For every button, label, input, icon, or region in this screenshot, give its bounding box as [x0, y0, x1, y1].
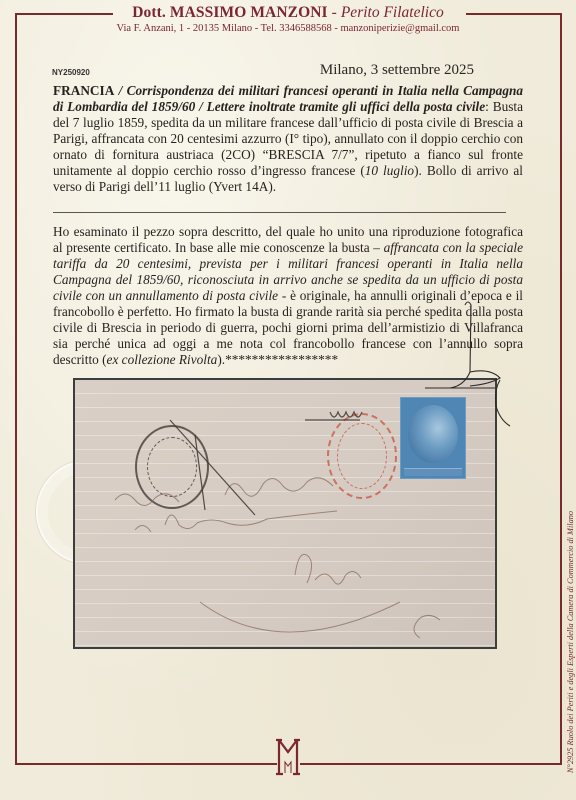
opinion-paragraph: Ho esaminato il pezzo sopra descritto, d… — [53, 224, 523, 368]
entry-date: 10 luglio — [365, 163, 414, 178]
colon: : — [485, 99, 493, 114]
slash: / — [195, 99, 206, 114]
registry-number: N°2925 Ruolo dei Periti e degli Esperti … — [566, 511, 575, 773]
cover-photo — [73, 378, 497, 649]
expert-name: Dott. MASSIMO MANZONI — [132, 4, 327, 21]
handwritten-address — [75, 380, 495, 647]
letterhead-address: Via F. Anzani, 1 - 20135 Milano - Tel. 3… — [0, 23, 576, 34]
description-paragraph: FRANCIA / Corrispondenza dei militari fr… — [53, 83, 523, 195]
certificate-date: Milano, 3 settembre 2025 — [320, 62, 474, 79]
letterhead-title: Dott. MASSIMO MANZONI - Perito Filatelic… — [0, 4, 576, 22]
opinion-text-end: ).***************** — [217, 352, 338, 367]
certificate-reference: NY250920 — [52, 68, 90, 77]
provenance: ex collezione Rivolta — [107, 352, 218, 367]
slash: / — [114, 83, 126, 98]
subject-subtitle: Lettere inoltrate tramite gli uffici del… — [207, 99, 486, 114]
frame-bottom-left — [15, 763, 277, 765]
MM-monogram-icon — [276, 738, 300, 776]
country: FRANCIA — [53, 83, 114, 98]
frame-right — [560, 13, 562, 765]
frame-bottom-right — [300, 763, 562, 765]
expert-role: Perito Filatelico — [341, 4, 444, 21]
letterhead: Dott. MASSIMO MANZONI - Perito Filatelic… — [0, 4, 576, 34]
section-divider — [53, 212, 506, 213]
frame-left — [15, 13, 17, 765]
title-separator: - — [332, 4, 337, 21]
